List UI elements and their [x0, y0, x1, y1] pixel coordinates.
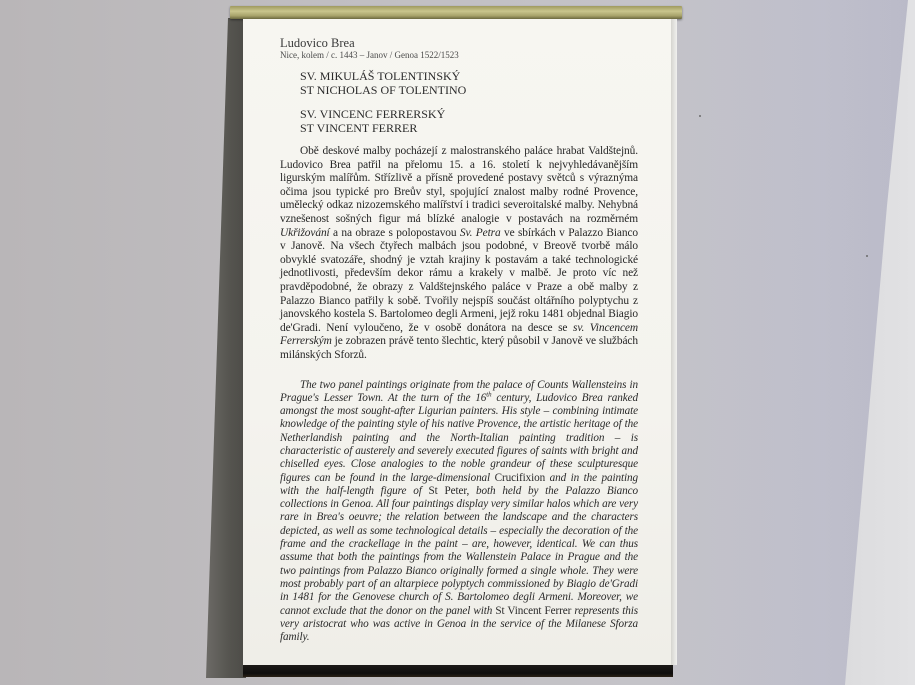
frame-top-rail [230, 6, 682, 19]
title-2-czech: SV. VINCENC FERRERSKÝ [300, 107, 638, 121]
title-1-czech: SV. MIKULÁŠ TOLENTINSKÝ [300, 69, 638, 83]
wall-speck [699, 115, 701, 117]
title-1-english: ST NICHOLAS OF TOLENTINO [300, 83, 638, 97]
frame-side-edge [206, 18, 246, 678]
label-content: Ludovico Brea Nice, kolem / c. 1443 – Ja… [280, 36, 638, 644]
artist-name: Ludovico Brea [280, 36, 638, 50]
description-english: The two panel paintings originate from t… [280, 379, 638, 645]
frame-bottom-rail [243, 665, 673, 677]
wall-speck [866, 255, 868, 257]
artist-dates: Nice, kolem / c. 1443 – Janov / Genoa 15… [280, 50, 638, 61]
frame-right-edge [671, 19, 677, 665]
artwork-titles: SV. MIKULÁŠ TOLENTINSKÝ ST NICHOLAS OF T… [280, 69, 638, 135]
description-czech: Obě deskové malby pocházejí z malostrans… [280, 145, 638, 363]
title-2-english: ST VINCENT FERRER [300, 121, 638, 135]
